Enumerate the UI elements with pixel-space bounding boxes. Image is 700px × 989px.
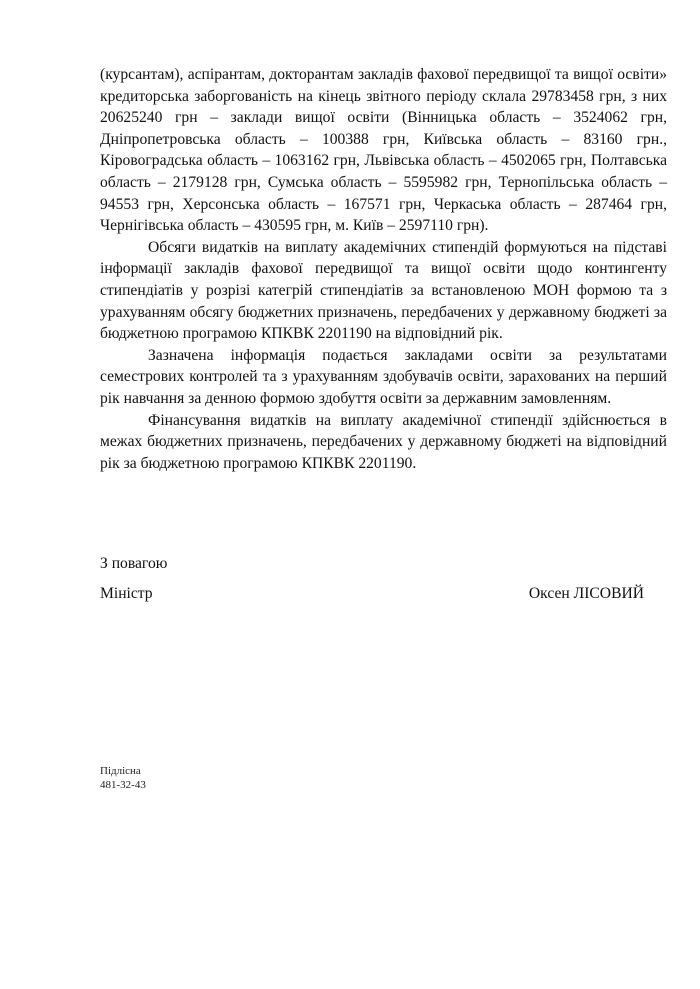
executor-name: Підлісна xyxy=(100,764,141,778)
paragraph-financing: Фінансування видатків на виплату академі… xyxy=(100,410,667,475)
executor-phone: 481-32-43 xyxy=(100,778,146,792)
signatory-name: Оксен ЛІСОВИЙ xyxy=(529,585,644,603)
paragraph-debt-details: (курсантам), аспірантам, докторантам зак… xyxy=(100,64,667,237)
paragraph-info-submission: Зазначена інформація подається закладами… xyxy=(100,345,667,410)
paragraph-scholarship-volumes: Обсяги видатків на виплату академічних с… xyxy=(100,237,667,345)
signatory-title: Міністр xyxy=(100,585,153,603)
document-body: (курсантам), аспірантам, докторантам зак… xyxy=(100,64,667,474)
closing-phrase: З повагою xyxy=(100,555,167,573)
